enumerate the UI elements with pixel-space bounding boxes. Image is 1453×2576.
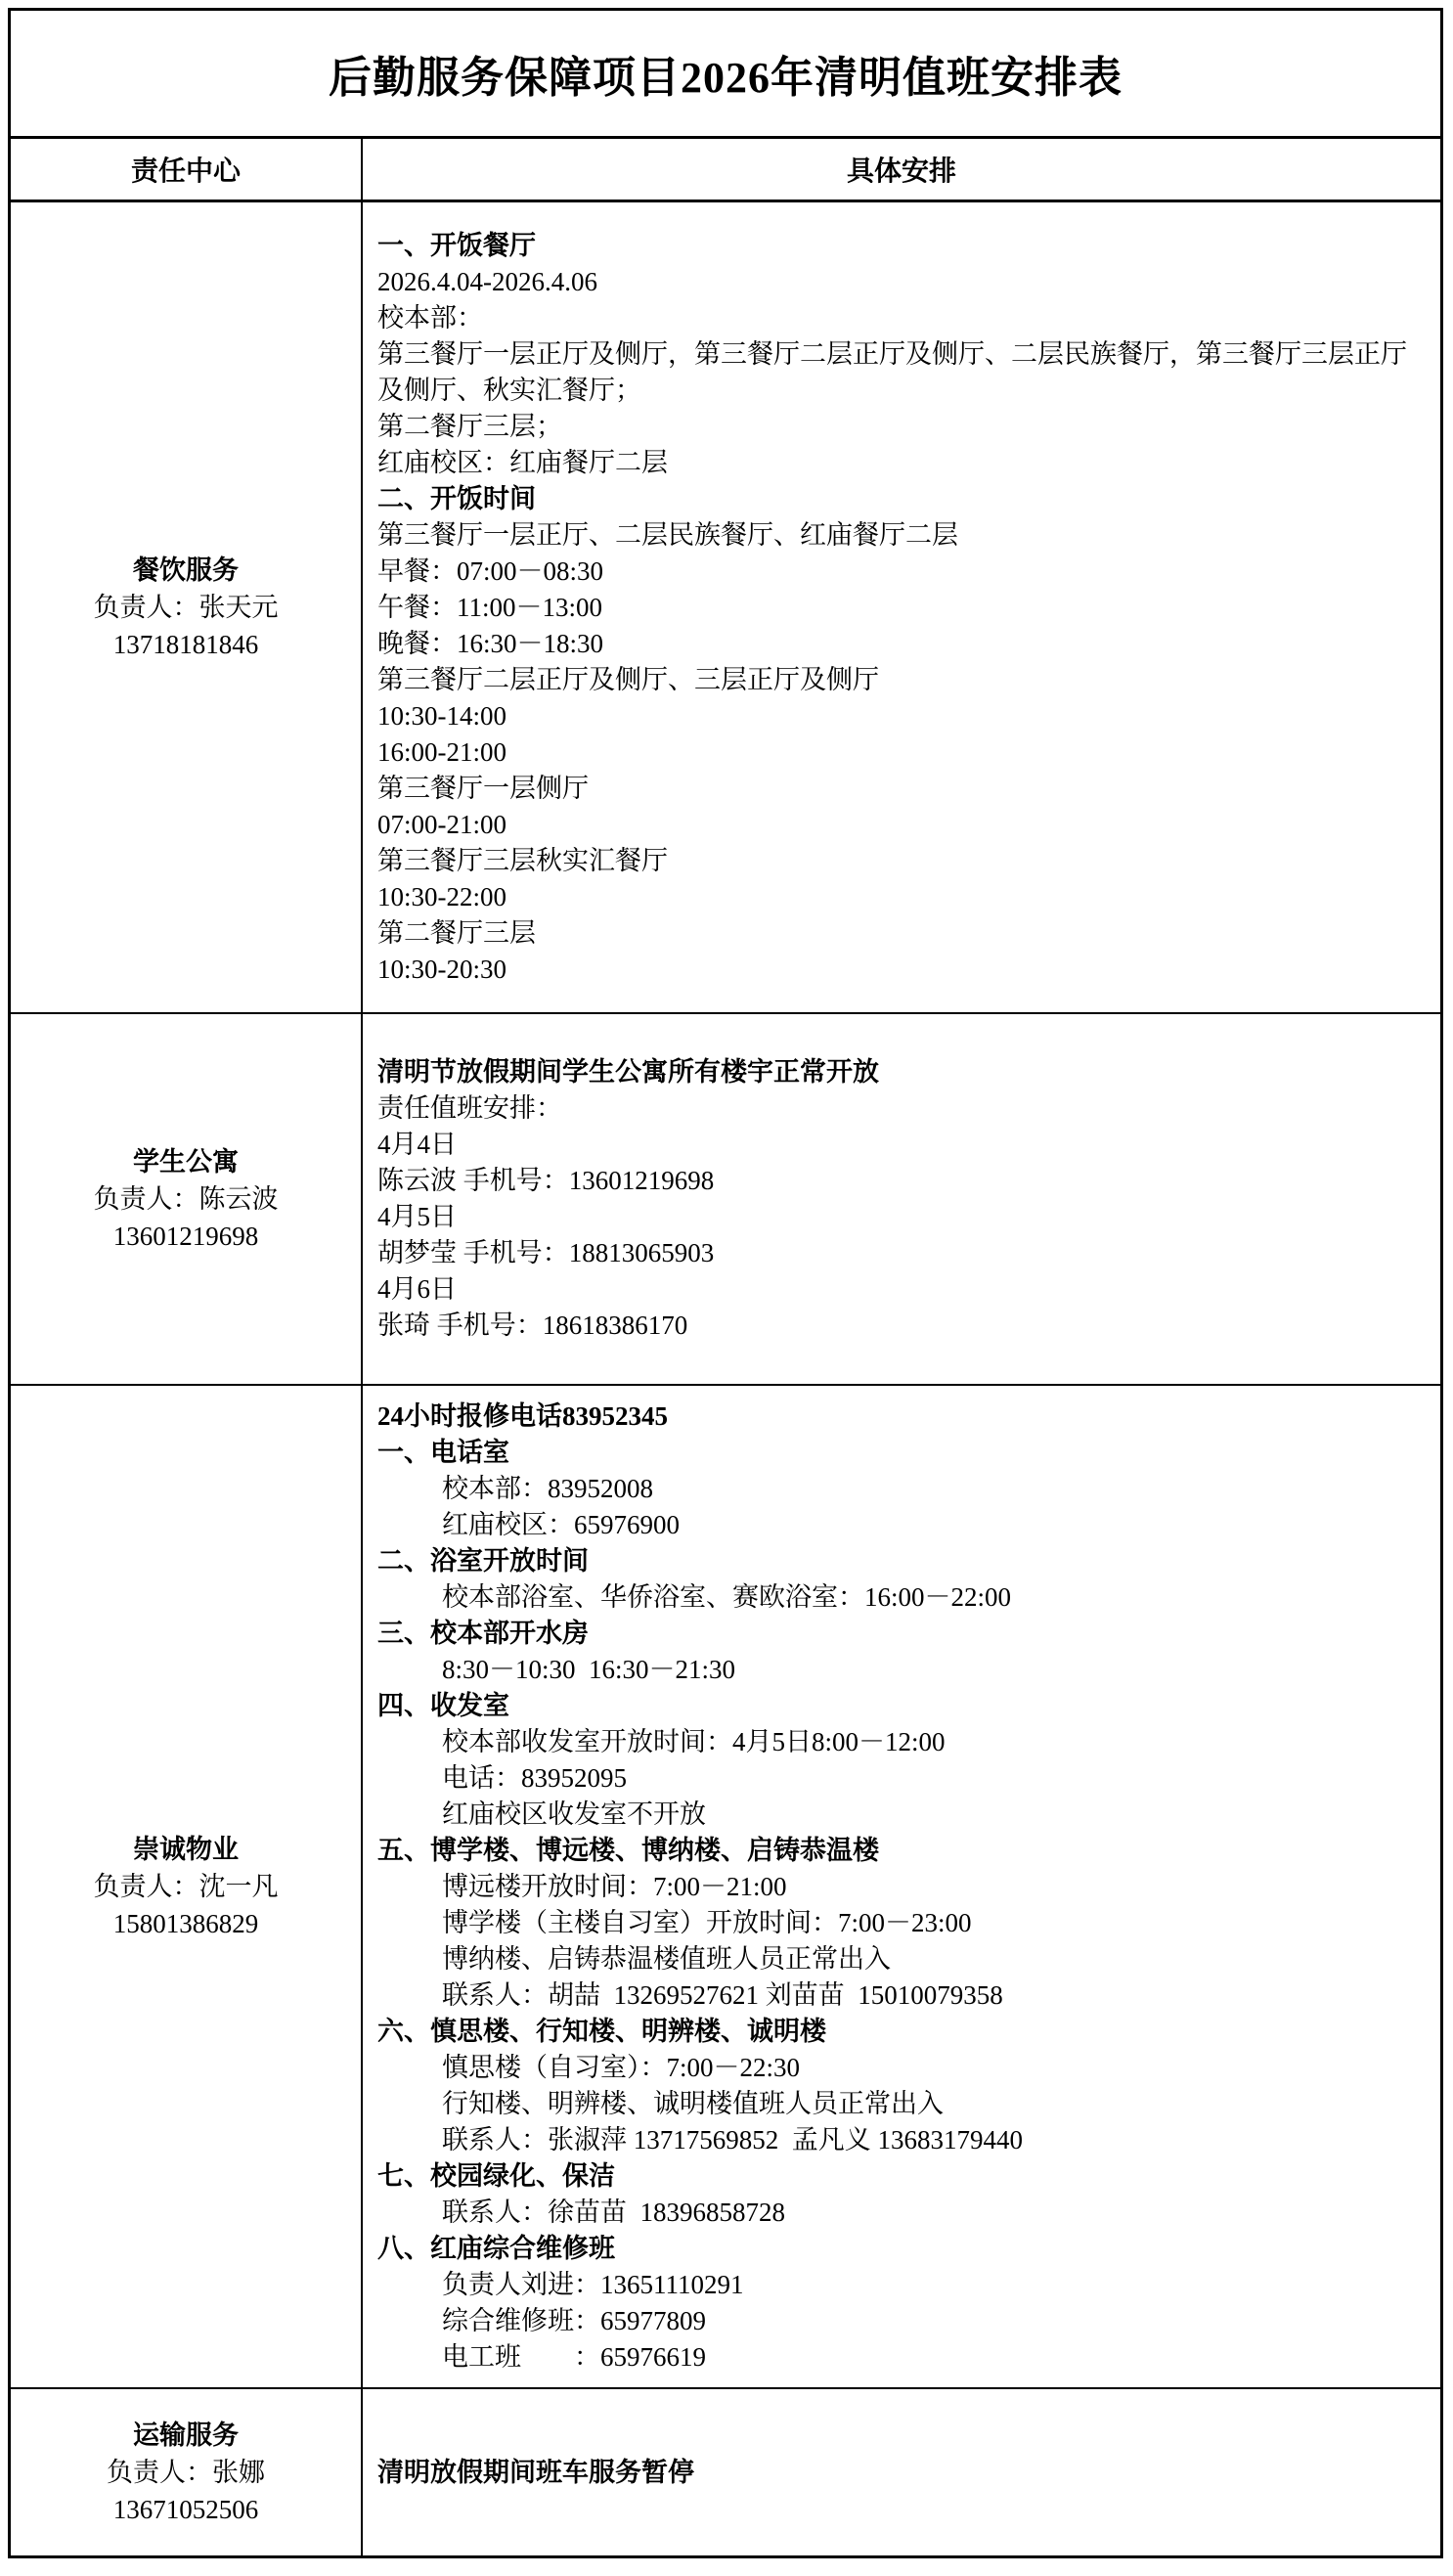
- detail-line: 4月4日: [377, 1127, 1425, 1163]
- detail-line: 10:30-14:00: [377, 698, 1425, 734]
- center-manager: 负责人：张娜: [107, 2454, 265, 2491]
- detail-line: 负责人刘进：13651110291: [377, 2267, 1425, 2303]
- detail-line: 联系人：徐苗苗 18396858728: [377, 2195, 1425, 2231]
- details-cell: 24小时报修电话83952345一、电话室校本部：83952008红庙校区：65…: [363, 1386, 1440, 2387]
- center-phone: 15801386829: [113, 1905, 259, 1942]
- detail-line: 2026.4.04-2026.4.06: [377, 264, 1425, 300]
- title-row: 后勤服务保障项目2026年清明值班安排表: [11, 11, 1440, 136]
- detail-line: 第三餐厅二层正厅及侧厅、三层正厅及侧厅: [377, 662, 1425, 698]
- detail-line: 校本部：83952008: [377, 1471, 1425, 1507]
- center-cell: 学生公寓 负责人：陈云波 13601219698: [11, 1014, 363, 1384]
- detail-line: 七、校园绿化、保洁: [377, 2158, 1425, 2195]
- detail-line: 联系人：胡喆 13269527621 刘苗苗 15010079358: [377, 1977, 1425, 2014]
- detail-line: 4月6日: [377, 1271, 1425, 1308]
- detail-line: 联系人：张淑萍 13717569852 孟凡义 13683179440: [377, 2122, 1425, 2158]
- detail-line: 博纳楼、启铸恭温楼值班人员正常出入: [377, 1941, 1425, 1977]
- detail-line: 红庙校区：红庙餐厅二层: [377, 445, 1425, 481]
- detail-line: 24小时报修电话83952345: [377, 1399, 1425, 1435]
- detail-line: 校本部浴室、华侨浴室、赛欧浴室：16:00－22:00: [377, 1579, 1425, 1616]
- table-row-property: 崇诚物业 负责人：沈一凡 15801386829 24小时报修电话8395234…: [11, 1384, 1440, 2387]
- detail-line: 晚餐：16:30－18:30: [377, 626, 1425, 662]
- table-row-transport: 运输服务 负责人：张娜 13671052506 清明放假期间班车服务暂停: [11, 2387, 1440, 2555]
- detail-line: 行知楼、明辨楼、诚明楼值班人员正常出入: [377, 2086, 1425, 2122]
- center-manager: 负责人：沈一凡: [94, 1868, 279, 1905]
- center-name: 崇诚物业: [133, 1831, 239, 1868]
- page: 后勤服务保障项目2026年清明值班安排表 责任中心 具体安排 餐饮服务 负责人：…: [0, 0, 1453, 2576]
- center-phone: 13671052506: [113, 2491, 259, 2528]
- detail-line: 八、红庙综合维修班: [377, 2231, 1425, 2267]
- detail-line: 四、收发室: [377, 1688, 1425, 1724]
- center-name: 餐饮服务: [133, 552, 239, 589]
- details-cell: 清明节放假期间学生公寓所有楼宇正常开放责任值班安排：4月4日陈云波 手机号：13…: [363, 1014, 1440, 1384]
- detail-line: 慎思楼（自习室）：7:00－22:30: [377, 2050, 1425, 2086]
- table-header-row: 责任中心 具体安排: [11, 136, 1440, 202]
- table-row-dormitory: 学生公寓 负责人：陈云波 13601219698 清明节放假期间学生公寓所有楼宇…: [11, 1012, 1440, 1384]
- detail-line: 第三餐厅一层正厅及侧厅，第三餐厅二层正厅及侧厅、二层民族餐厅，第三餐厅三层正厅及…: [377, 336, 1425, 409]
- header-specific-arrangement: 具体安排: [363, 139, 1440, 200]
- detail-line: 一、电话室: [377, 1435, 1425, 1471]
- center-cell: 崇诚物业 负责人：沈一凡 15801386829: [11, 1386, 363, 2387]
- detail-line: 红庙校区收发室不开放: [377, 1797, 1425, 1833]
- details-cell: 一、开饭餐厅2026.4.04-2026.4.06校本部：第三餐厅一层正厅及侧厅…: [363, 202, 1440, 1012]
- detail-line: 责任值班安排：: [377, 1090, 1425, 1127]
- detail-line: 校本部：: [377, 300, 1425, 336]
- detail-line: 午餐：11:00－13:00: [377, 590, 1425, 626]
- detail-line: 红庙校区：65976900: [377, 1507, 1425, 1543]
- duty-schedule-table: 后勤服务保障项目2026年清明值班安排表 责任中心 具体安排 餐饮服务 负责人：…: [8, 8, 1443, 2558]
- detail-line: 07:00-21:00: [377, 807, 1425, 843]
- detail-line: 综合维修班：65977809: [377, 2303, 1425, 2339]
- center-manager: 负责人：张天元: [94, 589, 279, 626]
- page-title: 后勤服务保障项目2026年清明值班安排表: [329, 42, 1123, 105]
- detail-line: 第三餐厅一层正厅、二层民族餐厅、红庙餐厅二层: [377, 517, 1425, 554]
- detail-line: 博远楼开放时间：7:00－21:00: [377, 1869, 1425, 1905]
- center-cell: 运输服务 负责人：张娜 13671052506: [11, 2389, 363, 2555]
- detail-line: 二、浴室开放时间: [377, 1543, 1425, 1579]
- detail-line: 第三餐厅三层秋实汇餐厅: [377, 843, 1425, 879]
- detail-line: 张琦 手机号：18618386170: [377, 1308, 1425, 1344]
- detail-line: 六、慎思楼、行知楼、明辨楼、诚明楼: [377, 2014, 1425, 2050]
- center-cell: 餐饮服务 负责人：张天元 13718181846: [11, 202, 363, 1012]
- detail-line: 电话：83952095: [377, 1760, 1425, 1797]
- detail-line: 二、开饭时间: [377, 481, 1425, 517]
- detail-line: 第二餐厅三层；: [377, 409, 1425, 445]
- center-name: 学生公寓: [133, 1143, 239, 1180]
- detail-line: 4月5日: [377, 1199, 1425, 1235]
- detail-line: 早餐：07:00－08:30: [377, 554, 1425, 590]
- detail-line: 10:30-22:00: [377, 879, 1425, 915]
- detail-line: 第三餐厅一层侧厅: [377, 771, 1425, 807]
- header-responsibility-center: 责任中心: [11, 139, 363, 200]
- detail-line: 清明节放假期间学生公寓所有楼宇正常开放: [377, 1054, 1425, 1090]
- center-phone: 13718181846: [113, 626, 259, 663]
- detail-line: 一、开饭餐厅: [377, 228, 1425, 264]
- center-manager: 负责人：陈云波: [94, 1180, 279, 1218]
- detail-line: 博学楼（主楼自习室）开放时间：7:00－23:00: [377, 1905, 1425, 1941]
- detail-line: 三、校本部开水房: [377, 1616, 1425, 1652]
- detail-line: 8:30－10:30 16:30－21:30: [377, 1652, 1425, 1688]
- detail-line: 胡梦莹 手机号：18813065903: [377, 1235, 1425, 1271]
- center-name: 运输服务: [133, 2417, 239, 2454]
- details-cell: 清明放假期间班车服务暂停: [363, 2389, 1440, 2555]
- center-phone: 13601219698: [113, 1218, 259, 1255]
- detail-line: 16:00-21:00: [377, 734, 1425, 771]
- detail-line: 五、博学楼、博远楼、博纳楼、启铸恭温楼: [377, 1833, 1425, 1869]
- detail-line: 第二餐厅三层: [377, 915, 1425, 952]
- detail-line: 清明放假期间班车服务暂停: [377, 2455, 1425, 2491]
- detail-line: 10:30-20:30: [377, 952, 1425, 988]
- detail-line: 陈云波 手机号：13601219698: [377, 1163, 1425, 1199]
- table-row-catering: 餐饮服务 负责人：张天元 13718181846 一、开饭餐厅2026.4.04…: [11, 202, 1440, 1012]
- detail-line: 校本部收发室开放时间：4月5日8:00－12:00: [377, 1724, 1425, 1760]
- detail-line: 电工班 ：65976619: [377, 2339, 1425, 2376]
